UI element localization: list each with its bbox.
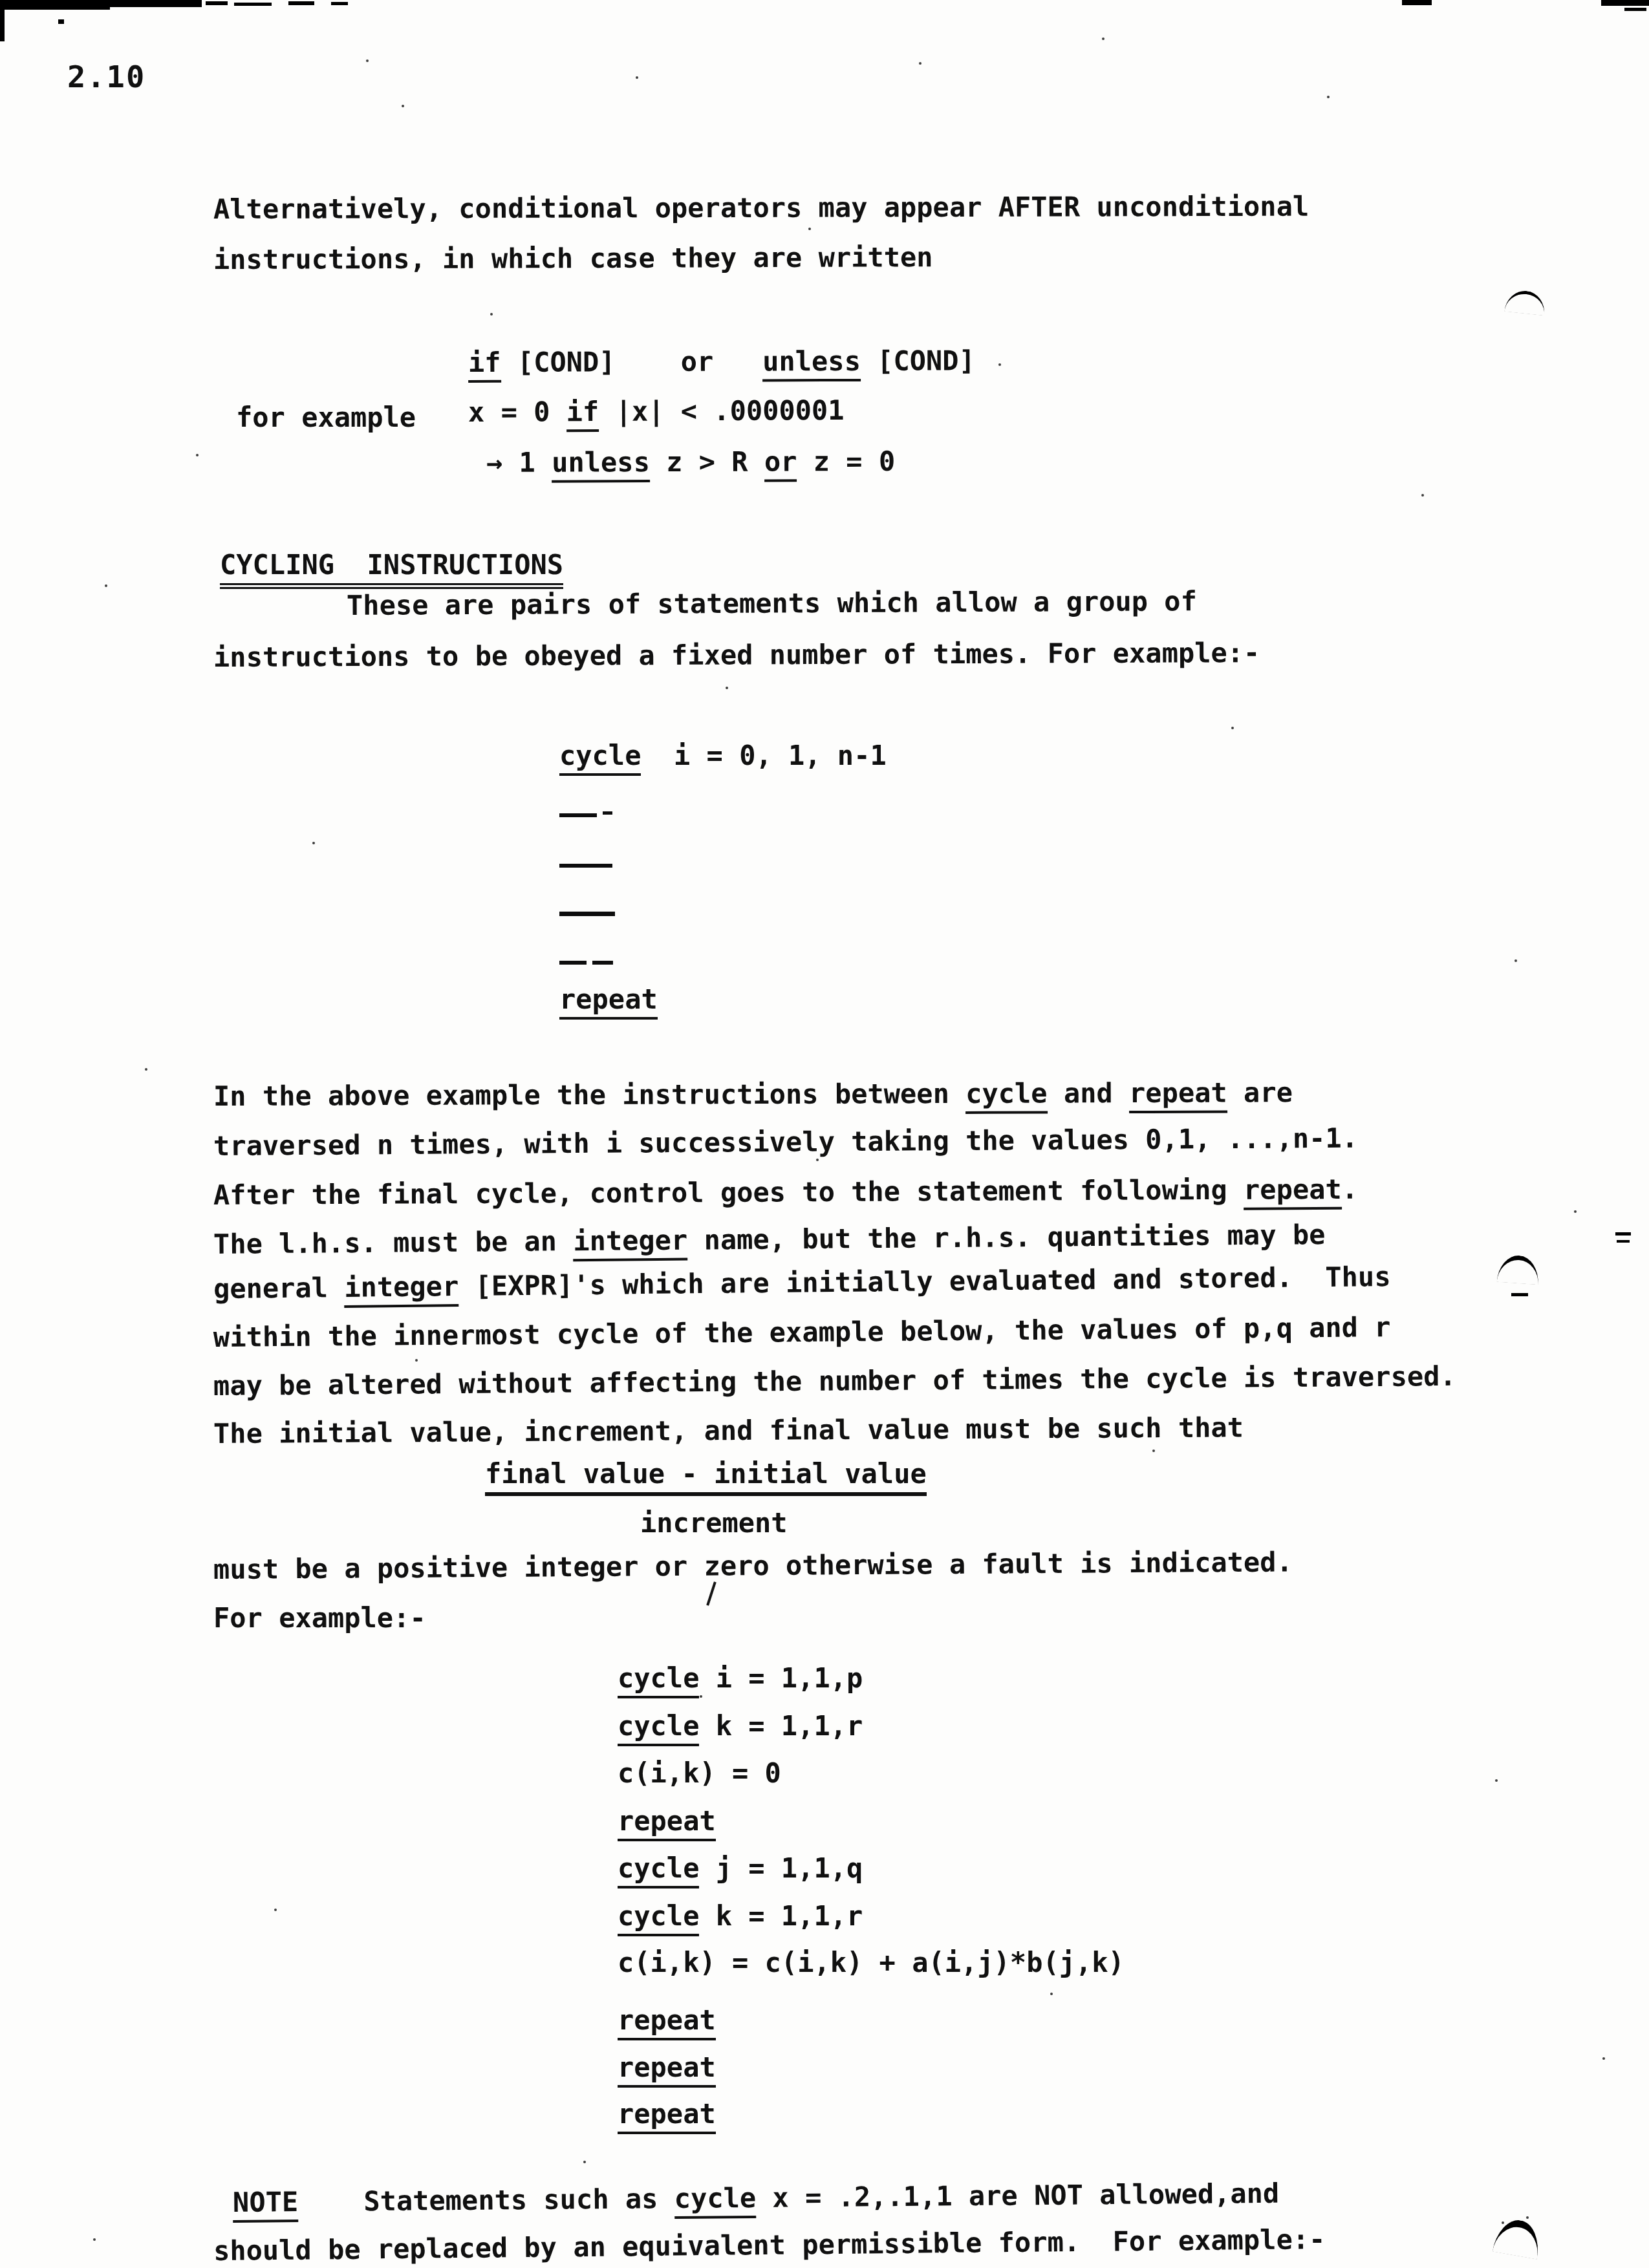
underlined-text: repeat [1244,1173,1342,1210]
scan-noise-speck [415,1359,418,1362]
text-segment: k = 1,1,r [699,1710,863,1742]
underlined-text: integer [344,1270,459,1308]
code-placeholder-dash [559,961,587,965]
underlined-text: if [468,347,501,383]
scan-edge-mark [0,7,110,10]
scan-edge-mark [1601,0,1649,6]
text-segment: In the above example the instructions be… [213,1078,965,1112]
scan-noise-speck [145,1068,147,1071]
text-segment: k = 1,1,r [699,1900,863,1932]
scanned-document-page: 2.10 Alternatively, conditional operator… [0,0,1649,2268]
underlined-text: cycle [618,1852,699,1888]
text-segment: The initial value, increment, and final … [213,1411,1244,1450]
underlined-text: cycle [559,740,641,776]
scan-noise-speck [919,62,921,65]
text-segment: c(i,k) = c(i,k) + a(i,j)*b(j,k) [618,1947,1125,1978]
scan-noise-speck [1526,2216,1529,2219]
underlined-text: unless [762,345,861,382]
text-segment: Alternatively, conditional operators may… [213,191,1309,225]
underlined-text: unless [552,446,650,483]
underlined-text: final value - initial value [485,1458,927,1496]
code2-line4: repeat [618,1806,716,1837]
code-placeholder-dash [592,961,613,965]
code-placeholder-dash [559,813,597,817]
scan-noise-speck [1152,1450,1155,1452]
underlined-text: repeat [618,2004,716,2040]
underlined-text: repeat [618,2051,716,2088]
cond-form-line: if [COND] or unless [COND] [468,345,975,378]
text-segment: j = 1,1,q [699,1852,863,1884]
code1-repeat: repeat [559,984,658,1015]
text-segment: → 1 [486,447,552,478]
text-segment [713,345,762,377]
text-segment: name, but the r.h.s. quantities may be [687,1219,1326,1256]
scan-noise-speck [196,454,199,456]
para4-line1: must be a positive integer or zero other… [213,1546,1293,1585]
underlined-text: repeat [618,2098,716,2134]
margin-pen-arc [1497,1254,1540,1285]
text-segment: c(i,k) = 0 [618,1757,781,1789]
underlined-text: cycle [965,1077,1048,1113]
scan-noise-speck [1421,494,1424,497]
underlined-text: integer [573,1225,687,1262]
underlined-text: NOTE [233,2186,299,2223]
fraction-denominator: increment [640,1508,788,1539]
section-heading: CYCLING INSTRUCTIONS [220,550,563,581]
code-placeholder-dash [559,864,612,868]
text-segment: traversed n times, with i successively t… [213,1122,1358,1162]
code2-line8: repeat [618,2005,716,2036]
text-segment: [COND] [501,346,680,378]
underlined-text: repeat [618,1805,716,1841]
scan-noise-speck [726,687,728,689]
margin-pen-arc [1493,2216,1543,2259]
text-segment: x = 0 [468,396,566,428]
text-segment: should be replaced by an equivalent perm… [213,2223,1326,2267]
text-segment: instructions to be obeyed a fixed number… [213,637,1260,673]
for-example-label: for example [236,402,416,433]
scan-noise-speck [583,2161,586,2163]
text-segment: i = 1,1,p [699,1662,863,1694]
scan-noise-speck [1574,1210,1577,1213]
scan-edge-mark [1617,1240,1630,1243]
text-segment: Statements such as [298,2183,674,2218]
code2-line6: cycle k = 1,1,r [618,1901,863,1932]
scan-edge-mark [234,3,272,6]
text-segment: for example [236,401,416,433]
scan-edge-mark [206,1,228,5]
scan-noise-speck [998,363,1001,366]
scan-noise-speck [1514,959,1517,962]
scan-edge-mark [1615,1232,1631,1236]
scan-noise-speck [93,2238,96,2241]
text-segment: |x| < .0000001 [599,394,845,427]
code-placeholder-dash [559,912,615,916]
para3-line3: After the final cycle, control goes to t… [213,1174,1358,1212]
text-segment: . [1342,1173,1359,1205]
code2-line10: repeat [618,2099,716,2130]
scan-edge-mark [0,0,5,41]
scan-noise-speck [1502,2221,1504,2224]
underlined-text: CYCLING INSTRUCTIONS [220,549,563,589]
note-line2: should be replaced by an equivalent perm… [213,2224,1326,2267]
para3-line4: The l.h.s. must be an integer name, but … [213,1219,1326,1260]
page-number: 2.10 [67,59,145,95]
para1-line1: Alternatively, conditional operators may… [213,191,1309,226]
scan-noise-speck [490,313,493,316]
text-segment: x = .2,.1,1 are NOT allowed,and [756,2177,1280,2214]
cond-example-2: → 1 unless z > R or z = 0 [486,446,895,479]
scan-noise-speck [366,59,369,62]
text-segment: These are pairs of statements which allo… [347,585,1197,621]
text-segment: and [1048,1077,1130,1109]
scan-noise-speck [1231,727,1234,729]
text-segment: are [1227,1076,1293,1108]
scan-noise-speck [105,584,107,587]
text-segment: After the final cycle, control goes to t… [213,1174,1244,1211]
para3-line6: within the innermost cycle of the exampl… [213,1312,1391,1353]
text-segment: i = 0, 1, n-1 [641,740,886,771]
scan-edge-mark [1624,8,1646,11]
para1-line2: instructions, in which case they are wri… [213,242,933,275]
text-segment: may be altered without affecting the num… [213,1360,1456,1402]
underlined-text: repeat [559,983,658,1020]
text-segment: or [681,346,714,378]
para3-line2: traversed n times, with i successively t… [213,1123,1358,1162]
scan-noise-speck [1327,96,1330,98]
underlined-text: or [764,445,797,482]
text-segment: increment [640,1507,788,1539]
text-segment: For example:- [213,1602,426,1634]
scan-noise-speck [1602,2057,1605,2060]
note-line1: NOTE Statements such as cycle x = .2,.1,… [233,2178,1280,2218]
underlined-text: cycle [618,1710,699,1746]
text-segment: [EXPR]'s which are initially evaluated a… [458,1261,1391,1302]
text-segment: general [213,1272,345,1305]
text-segment: must be a positive integer or zero other… [213,1546,1293,1585]
underlined-text: if [566,396,599,432]
underlined-text: cycle [618,1662,699,1698]
scan-edge-mark [1402,0,1432,5]
scan-edge-mark [58,19,64,24]
text-segment: instructions, in which case they are wri… [213,241,933,275]
fraction-numerator: final value - initial value [485,1459,927,1490]
margin-pen-arc [1504,289,1546,316]
code2-line1: cycle i = 1,1,p [618,1663,863,1694]
para3-line7: may be altered without affecting the num… [213,1361,1456,1402]
scan-noise-speck [808,228,811,230]
scan-noise-speck [1050,1993,1053,1995]
scan-noise-speck [312,842,315,844]
underlined-text: cycle [618,1900,699,1936]
scan-edge-mark [0,0,202,7]
scan-noise-speck [1495,1779,1498,1782]
underlined-text: cycle [674,2182,757,2219]
scan-edge-mark [288,1,314,5]
text-segment: within the innermost cycle of the exampl… [213,1311,1391,1353]
scan-noise-speck [700,1695,702,1698]
text-segment: [COND] [861,345,975,377]
text-segment: The l.h.s. must be an [213,1225,574,1260]
scan-noise-speck [816,1159,819,1161]
scan-edge-mark [331,2,348,5]
scan-edge-mark [1511,1293,1528,1296]
code-placeholder-dash [603,811,612,815]
code1-cycle: cycle i = 0, 1, n-1 [559,740,887,771]
code2-line5: cycle j = 1,1,q [618,1853,863,1884]
stray-slash-mark [706,1581,717,1605]
code2-line2: cycle k = 1,1,r [618,1711,863,1742]
scan-noise-speck [636,76,638,79]
underlined-text: repeat [1129,1077,1227,1114]
cond-example-1: x = 0 if |x| < .0000001 [468,395,845,428]
code2-line9: repeat [618,2052,716,2083]
para3-line5: general integer [EXPR]'s which are initi… [213,1261,1391,1305]
para2-line1: These are pairs of statements which allo… [347,586,1197,621]
text-segment: z > R [650,445,764,478]
para4-line2: For example:- [213,1603,426,1634]
code2-line3: c(i,k) = 0 [618,1758,781,1789]
para2-line2: instructions to be obeyed a fixed number… [213,637,1260,673]
para3-line1: In the above example the instructions be… [213,1077,1293,1112]
scan-noise-speck [402,105,404,107]
text-segment: z = 0 [797,445,895,478]
scan-noise-speck [274,1909,277,1911]
scan-noise-speck [1102,37,1105,40]
para3-line8: The initial value, increment, and final … [213,1412,1244,1450]
code2-line7: c(i,k) = c(i,k) + a(i,j)*b(j,k) [618,1947,1125,1978]
